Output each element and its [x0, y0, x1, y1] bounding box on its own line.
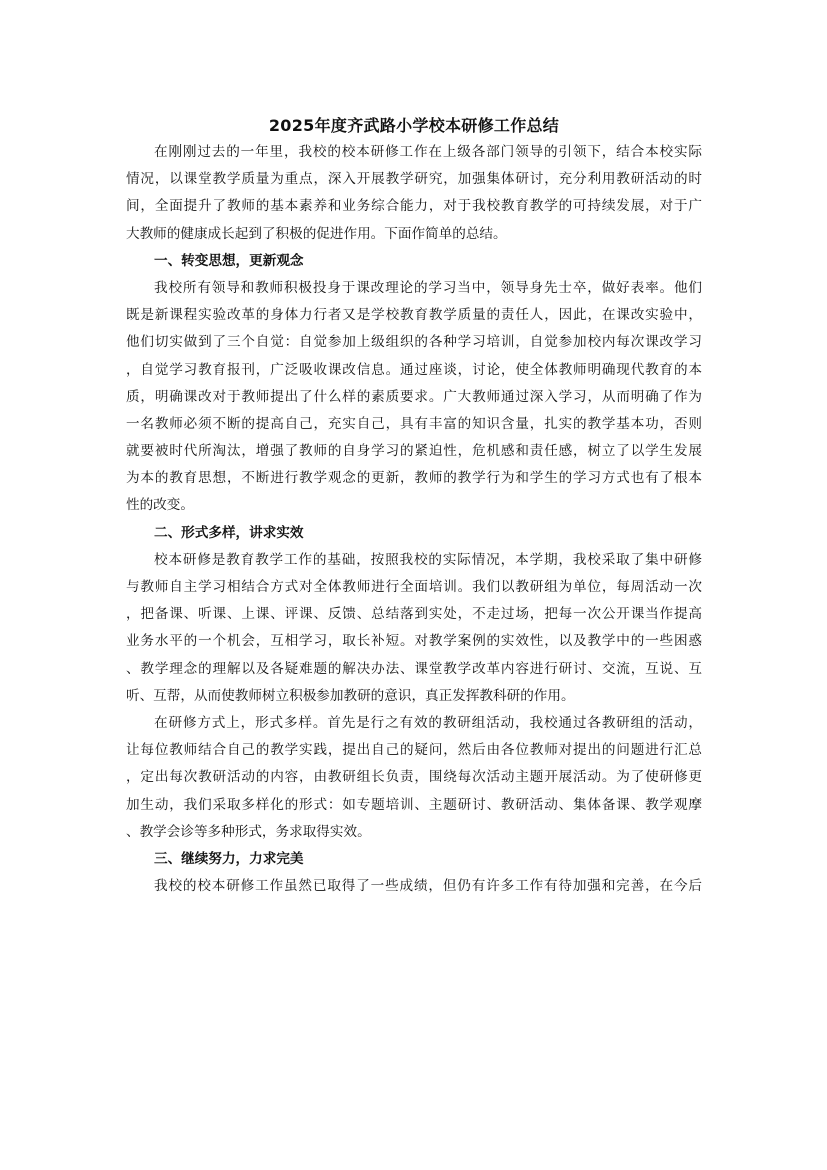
- paragraph-line: 为本的教育思想，不断进行教学观念的更新，教师的教学行为和学生的学习方式也有了根本: [126, 465, 702, 492]
- paragraph-line: 与教师自主学习相结合方式对全体教师进行全面培训。我们以教研组为单位，每周活动一次: [126, 574, 702, 601]
- paragraph-line: ，把备课、听课、上课、评课、反馈、总结落到实处，不走过场，把每一次公开课当作提高: [126, 601, 702, 628]
- section-heading-1: 一、转变思想，更新观念: [126, 248, 702, 275]
- paragraph-line: 质，明确课改对于教师提出了什么样的素质要求。广大教师通过深入学习，从而明确了作为: [126, 384, 702, 411]
- paragraph-line: 听、互帮，从而使教师树立积极参加教研的意识，真正发挥教科研的作用。: [126, 683, 702, 710]
- paragraph-line: 性的改变。: [126, 492, 702, 519]
- section-2-paragraph-1: 校本研修是教育教学工作的基础，按照我校的实际情况，本学期，我校采取了集中研修 与…: [126, 547, 702, 710]
- paragraph-line: ，定出每次教研活动的内容，由教研组长负责，围绕每次活动主题开展活动。为了使研修更: [126, 764, 702, 791]
- paragraph-line: 一名教师必须不断的提高自己，充实自己，具有丰富的知识含量，扎实的教学基本功，否则: [126, 411, 702, 438]
- paragraph-line: 间，全面提升了教师的基本素养和业务综合能力，对于我校教育教学的可持续发展，对于广: [126, 193, 702, 220]
- document-body: 2025年度齐武路小学校本研修工作总结 在刚刚过去的一年里，我校的校本研修工作在…: [126, 112, 702, 900]
- paragraph-line: 我校的校本研修工作虽然已取得了一些成绩，但仍有许多工作有待加强和完善，在今后: [126, 873, 702, 900]
- paragraph-line: 加生动，我们采取多样化的形式：如专题培训、主题研讨、教研活动、集体备课、教学观摩: [126, 792, 702, 819]
- section-heading-2: 二、形式多样，讲求实效: [126, 520, 702, 547]
- paragraph-line: 校本研修是教育教学工作的基础，按照我校的实际情况，本学期，我校采取了集中研修: [126, 547, 702, 574]
- document-page: 2025年度齐武路小学校本研修工作总结 在刚刚过去的一年里，我校的校本研修工作在…: [0, 0, 827, 1170]
- paragraph-line: 在刚刚过去的一年里，我校的校本研修工作在上级各部门领导的引领下，结合本校实际: [126, 139, 702, 166]
- paragraph-line: 既是新课程实验改革的身体力行者又是学校教育教学质量的责任人，因此，在课改实验中，: [126, 302, 702, 329]
- section-heading-3: 三、继续努力，力求完美: [126, 846, 702, 873]
- paragraph-line: 、教学会诊等多种形式，务求取得实效。: [126, 819, 702, 846]
- paragraph-line: ，自觉学习教育报刊，广泛吸收课改信息。通过座谈，讨论，使全体教师明确现代教育的本: [126, 357, 702, 384]
- paragraph-line: 、教学理念的理解以及各疑难题的解决办法、课堂教学改革内容进行研讨、交流，互说、互: [126, 656, 702, 683]
- paragraph-line: 情况，以课堂教学质量为重点，深入开展教学研究，加强集体研讨，充分利用教研活动的时: [126, 166, 702, 193]
- paragraph-line: 他们切实做到了三个自觉：自觉参加上级组织的各种学习培训，自觉参加校内每次课改学习: [126, 329, 702, 356]
- section-1-paragraph-1: 我校所有领导和教师积极投身于课改理论的学习当中，领导身先士卒，做好表率。他们 既…: [126, 275, 702, 520]
- section-3-paragraph-1: 我校的校本研修工作虽然已取得了一些成绩，但仍有许多工作有待加强和完善，在今后: [126, 873, 702, 900]
- paragraph-line: 业务水平的一个机会，互相学习，取长补短。对教学案例的实效性，以及教学中的一些困惑: [126, 628, 702, 655]
- paragraph-line: 就要被时代所淘汰，增强了教师的自身学习的紧迫性，危机感和责任感，树立了以学生发展: [126, 438, 702, 465]
- document-title: 2025年度齐武路小学校本研修工作总结: [126, 112, 702, 139]
- intro-paragraph: 在刚刚过去的一年里，我校的校本研修工作在上级各部门领导的引领下，结合本校实际 情…: [126, 139, 702, 248]
- section-2-paragraph-2: 在研修方式上，形式多样。首先是行之有效的教研组活动，我校通过各教研组的活动， 让…: [126, 710, 702, 846]
- paragraph-line: 我校所有领导和教师积极投身于课改理论的学习当中，领导身先士卒，做好表率。他们: [126, 275, 702, 302]
- paragraph-line: 在研修方式上，形式多样。首先是行之有效的教研组活动，我校通过各教研组的活动，: [126, 710, 702, 737]
- paragraph-line: 让每位教师结合自己的教学实践，提出自己的疑问，然后由各位教师对提出的问题进行汇总: [126, 737, 702, 764]
- paragraph-line: 大教师的健康成长起到了积极的促进作用。下面作简单的总结。: [126, 221, 702, 248]
